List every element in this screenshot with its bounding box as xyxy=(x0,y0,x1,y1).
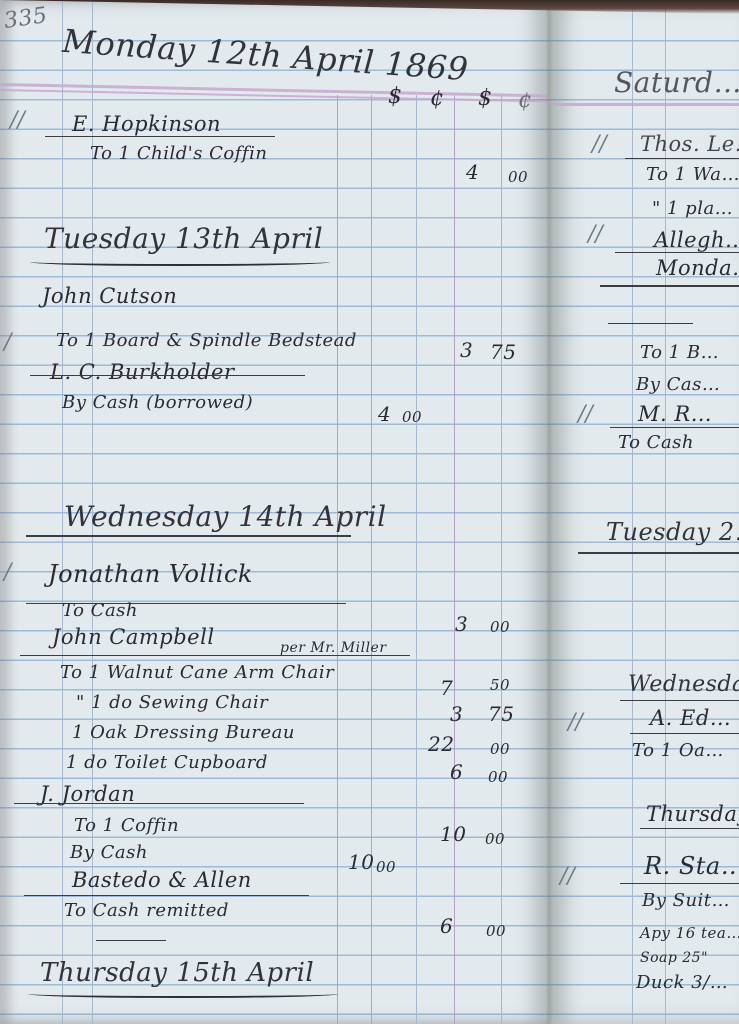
column-line xyxy=(371,95,372,1024)
account-name: Jonathan Vollick xyxy=(48,560,253,588)
credit-cents: 00 xyxy=(376,858,396,876)
underline xyxy=(20,655,410,656)
entry-text: " 1 pla… xyxy=(652,198,733,219)
credit-cents: 00 xyxy=(402,408,422,426)
col-header-dollars: $ xyxy=(388,84,403,109)
entry-text: 1 Oak Dressing Bureau xyxy=(72,722,295,743)
posted-tick-mark: // xyxy=(10,108,25,133)
entry-text: To Cash xyxy=(62,600,138,621)
entry-text: To 1 Child's Coffin xyxy=(90,143,267,164)
debit-dollars: 3 xyxy=(455,612,468,636)
debit-dollars: 22 xyxy=(428,732,454,756)
entry-text: 1 do Toilet Cupboard xyxy=(66,752,268,773)
entry-text: By Cash xyxy=(70,842,148,863)
entry-text: To 1 Wa… xyxy=(646,164,739,185)
flourish-rule xyxy=(600,285,739,287)
account-name: Allegh… xyxy=(654,228,739,252)
flourish-rule xyxy=(26,535,351,537)
entry-text: By Cas… xyxy=(636,374,720,395)
underline xyxy=(610,427,739,428)
entry-text: To 1 Oa… xyxy=(632,740,724,761)
underline xyxy=(630,733,739,734)
entry-text: To 1 B… xyxy=(640,342,719,363)
date-heading: Monda… xyxy=(656,256,739,280)
posted-tick-mark: // xyxy=(560,864,575,889)
margin-line xyxy=(632,0,633,1024)
underline xyxy=(30,375,305,376)
column-line xyxy=(416,95,417,1024)
underline xyxy=(625,158,739,159)
debit-cents: 00 xyxy=(508,168,528,186)
debit-dollars: 3 xyxy=(460,338,473,362)
account-name: A. Ed… xyxy=(650,706,731,730)
entry-text: By Cash (borrowed) xyxy=(62,392,253,413)
col-header-cents: ¢ xyxy=(518,88,533,113)
flourish-rule xyxy=(578,552,739,554)
column-line xyxy=(454,95,455,1024)
flourish-rule xyxy=(30,258,330,266)
book-gutter xyxy=(545,0,553,1024)
posted-tick-mark: // xyxy=(588,222,603,247)
debit-cents: 00 xyxy=(485,830,505,848)
debit-dollars: 7 xyxy=(440,676,453,700)
date-heading: Thursday… xyxy=(646,802,739,826)
column-line xyxy=(337,95,338,1024)
date-heading: Tuesday 2… xyxy=(606,518,739,546)
date-heading: Wednesday… xyxy=(628,672,739,697)
debit-cents: 50 xyxy=(490,676,510,694)
debit-cents: 00 xyxy=(490,740,510,758)
debit-cents: 00 xyxy=(486,922,506,940)
debit-dollars: 4 xyxy=(466,160,479,184)
debit-dollars: 6 xyxy=(450,760,463,784)
col-header-dollars: $ xyxy=(478,86,493,111)
account-name: M. R… xyxy=(638,402,712,426)
entry-text: Apy 16 tea… xyxy=(640,924,739,942)
date-heading: Tuesday 13th April xyxy=(44,222,323,255)
entry-text: To Cash remitted xyxy=(64,900,229,921)
account-name: Bastedo & Allen xyxy=(72,868,252,892)
underline xyxy=(620,700,739,701)
credit-dollars: 4 xyxy=(378,402,391,426)
debit-dollars: 3 xyxy=(450,702,463,726)
account-name: R. Sta… xyxy=(644,852,739,880)
debit-cents: 00 xyxy=(488,768,508,786)
account-note: per Mr. Miller xyxy=(280,640,387,656)
entry-text: By Suit… xyxy=(642,890,730,911)
flourish-rule xyxy=(28,990,338,998)
margin-line xyxy=(62,0,63,1024)
debit-dollars: 10 xyxy=(440,822,466,846)
underline xyxy=(615,252,739,253)
debit-dollars: 6 xyxy=(440,914,453,938)
posted-tick-mark: / xyxy=(4,330,11,355)
posted-tick-mark: // xyxy=(578,402,593,427)
entry-text: To 1 Coffin xyxy=(74,815,179,836)
underline xyxy=(24,895,309,896)
posted-tick-mark: // xyxy=(592,132,607,157)
underline xyxy=(96,940,166,941)
date-heading: Wednesday 14th April xyxy=(64,500,387,533)
entry-text: " 1 do Sewing Chair xyxy=(76,692,268,713)
underline xyxy=(608,323,693,324)
posted-tick-mark: / xyxy=(4,560,11,585)
underline xyxy=(45,136,275,137)
header-date: Saturd… xyxy=(614,66,739,99)
entry-text: Duck 3/… xyxy=(636,972,728,993)
posted-tick-mark: // xyxy=(568,710,583,735)
account-name: John Campbell xyxy=(52,625,215,649)
entry-text: To 1 Walnut Cane Arm Chair xyxy=(60,662,334,683)
account-name: E. Hopkinson xyxy=(72,112,221,136)
account-name: Thos. Le… xyxy=(640,132,739,156)
underline xyxy=(14,803,304,804)
account-name: L. C. Burkholder xyxy=(50,360,234,384)
debit-cents: 75 xyxy=(488,702,514,726)
debit-cents: 00 xyxy=(490,618,510,636)
account-name: John Cutson xyxy=(42,284,177,308)
entry-text: Soap 25" xyxy=(640,950,708,966)
entry-text: To 1 Board & Spindle Bedstead xyxy=(56,330,357,351)
credit-dollars: 10 xyxy=(348,850,374,874)
column-line xyxy=(501,95,502,1024)
header-rule xyxy=(548,103,739,106)
flourish-rule xyxy=(640,828,739,829)
col-header-cents: ¢ xyxy=(430,86,445,111)
date-heading: Thursday 15th April xyxy=(40,958,314,988)
entry-text: To Cash xyxy=(618,432,694,453)
debit-cents: 75 xyxy=(490,340,516,364)
underline xyxy=(620,883,739,884)
